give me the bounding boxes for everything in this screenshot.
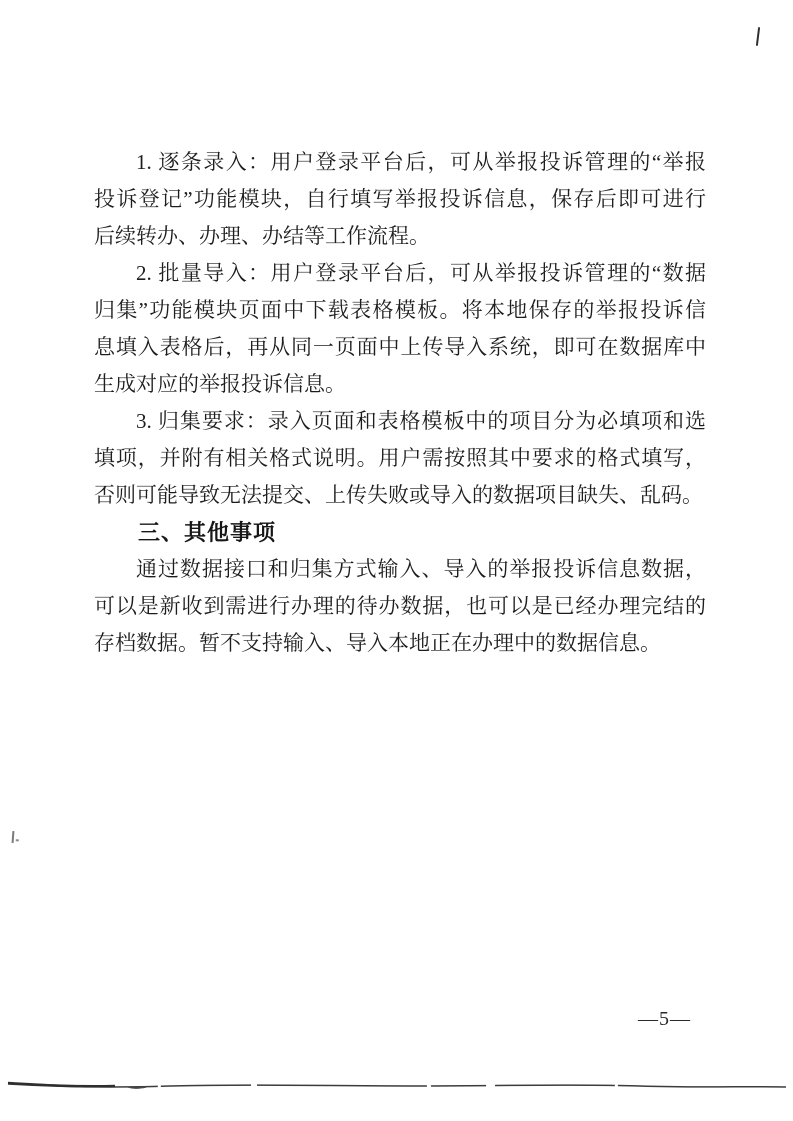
text-line: 填项，并附有相关格式说明。用户需按照其中要求的格式填写， (94, 440, 706, 477)
text-line: 否则可能导致无法提交、上传失败或导入的数据项目缺失、乱码。 (94, 477, 706, 514)
text-line: 3. 归集要求：录入页面和表格模板中的项目分为必填项和选 (94, 403, 706, 440)
text-line: 通过数据接口和归集方式输入、导入的举报投诉信息数据， (94, 551, 706, 588)
text-line: 存档数据。暂不支持输入、导入本地正在办理中的数据信息。 (94, 625, 706, 662)
text-line: 归集”功能模块页面中下载表格模板。将本地保存的举报投诉信 (94, 292, 706, 329)
paper-edge-artifact (0, 1078, 793, 1092)
page-number: —5— (638, 1008, 691, 1031)
ink-smudge-artifact (12, 831, 15, 843)
section-heading-other-matters: 三、其他事项 (94, 514, 706, 551)
document-body: 1. 逐条录入：用户登录平台后，可从举报投诉管理的“举报 投诉登记”功能模块，自… (94, 144, 706, 662)
paragraph-collection-requirements: 3. 归集要求：录入页面和表格模板中的项目分为必填项和选 填项，并附有相关格式说… (94, 403, 706, 514)
text-line: 1. 逐条录入：用户登录平台后，可从举报投诉管理的“举报 (94, 144, 706, 181)
section-heading-text: 三、其他事项 (94, 514, 706, 551)
pen-stroke-artifact (756, 27, 760, 46)
paragraph-other-matters-body: 通过数据接口和归集方式输入、导入的举报投诉信息数据， 可以是新收到需进行办理的待… (94, 551, 706, 662)
text-line: 后续转办、办理、办结等工作流程。 (94, 218, 706, 255)
text-line: 生成对应的举报投诉信息。 (94, 366, 706, 403)
text-line: 可以是新收到需进行办理的待办数据，也可以是已经办理完结的 (94, 588, 706, 625)
paragraph-batch-import: 2. 批量导入：用户登录平台后，可从举报投诉管理的“数据 归集”功能模块页面中下… (94, 255, 706, 403)
text-line: 投诉登记”功能模块，自行填写举报投诉信息，保存后即可进行 (94, 181, 706, 218)
scanned-document-page: 1. 逐条录入：用户登录平台后，可从举报投诉管理的“举报 投诉登记”功能模块，自… (0, 0, 793, 1121)
paragraph-entry-one-by-one: 1. 逐条录入：用户登录平台后，可从举报投诉管理的“举报 投诉登记”功能模块，自… (94, 144, 706, 255)
text-line: 息填入表格后，再从同一页面中上传导入系统，即可在数据库中 (94, 329, 706, 366)
text-line: 2. 批量导入：用户登录平台后，可从举报投诉管理的“数据 (94, 255, 706, 292)
